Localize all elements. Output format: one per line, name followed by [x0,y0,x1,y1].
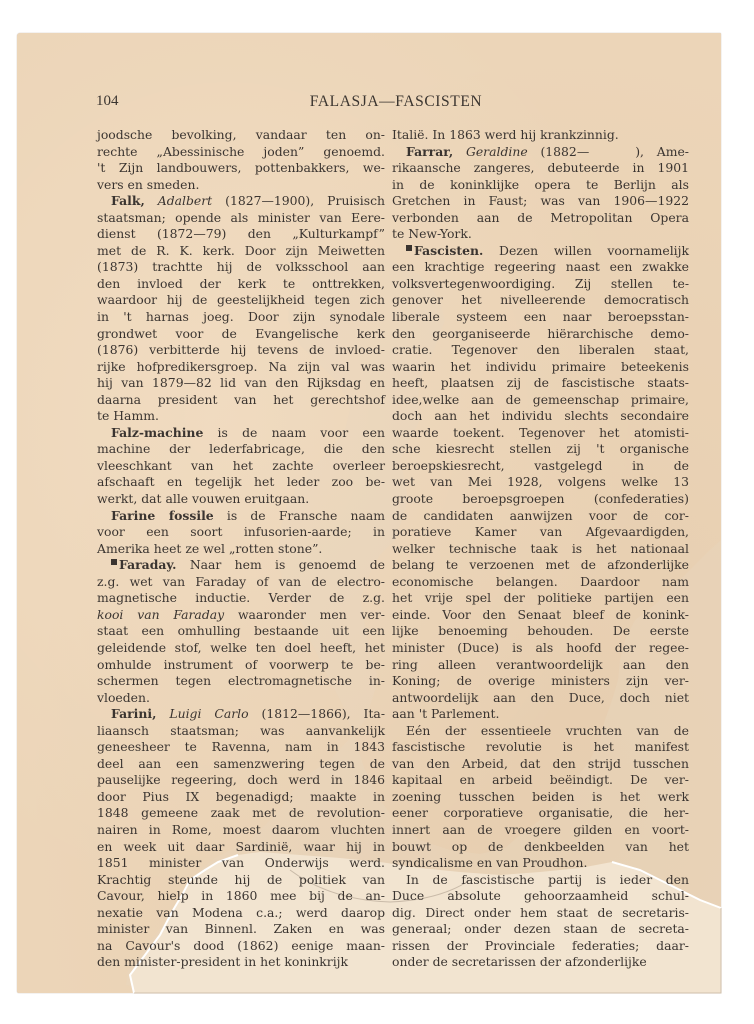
entry-first-line: Fascisten. Dezen willen voornamelijk [392,243,689,260]
text-line: 1848 gemeene zaak met de revolution- [97,805,385,822]
paragraph: In de fascistische partij is ieder denDu… [392,872,689,971]
entry-given-name: Adalbert [158,193,212,208]
text-line: beroepskiesrecht, vastgelegd in de [392,458,689,475]
dictionary-entry: Farine fossile is de Fransche naamvoor e… [97,508,385,558]
text-line: door Pius IX begenadigd; maakte in [97,789,385,806]
text-line: Cavour, hielp in 1860 mee bij de an- [97,888,385,905]
text-line: pauselijke regeering, doch werd in 1846 [97,772,385,789]
text-line: Krachtig steunde hij de politiek van [97,872,385,889]
text-line: staatsman; opende als minister van Eere- [97,210,385,227]
text-line: minister (Duce) is als hoofd der regee- [392,640,689,657]
entry-headword: Farine fossile [111,508,214,523]
text-line: schermen tegen electromagnetische in- [97,673,385,690]
dictionary-entry: Falz-machine is de naam voor eenmachine … [97,425,385,508]
entry-headword: Fascisten. [414,243,483,258]
text-line: innert aan de vroegere gilden en voort- [392,822,689,839]
text-line: staat een omhulling bestaande uit een [97,623,385,640]
entry-headword: Farini, [111,706,156,721]
entry-first-line: Falz-machine is de naam voor een [97,425,385,442]
text-line: doch aan het individu slechts secondaire [392,408,689,425]
entry-given-name: Geraldine [466,144,528,159]
text-line: magnetische inductie. Verder de z.g. [97,590,385,607]
text-line: fascistische revolutie is het manifest [392,739,689,756]
italic-term: kooi van Faraday [97,607,224,622]
text-line: heeft, plaatsen zij de fascistische staa… [392,375,689,392]
text-line: (1873) trachtte hij de volksschool aan [97,259,385,276]
text-line: aan 't Parlement. [392,706,689,723]
text-line: kooi van Faraday waaronder men ver- [97,607,385,624]
text-line: en week uit daar Sardinië, waar hij in [97,839,385,856]
text-line: een krachtige regeering naast een zwakke [392,259,689,276]
text-line: genover het nivelleerende democratisch [392,292,689,309]
dictionary-entry: Faraday. Naar hem is genoemd dez.g. wet … [97,557,385,706]
page-header: 104 FALASJA—FASCISTEN [96,93,696,115]
text-line: liaansch staatsman; was aanvankelijk [97,723,385,740]
text-line: werkt, dat alle vouwen eruitgaan. [97,491,385,508]
entry-marker-icon [111,559,117,565]
text-line: den invloed der kerk te onttrekken, [97,276,385,293]
text-line: nairen in Rome, moest daarom vluchten [97,822,385,839]
text-line: omhulde instrument of voorwerp te be- [97,657,385,674]
text-line: economische belangen. Daardoor nam [392,574,689,591]
text-line: (1876) verbitterde hij tevens de invloed… [97,342,385,359]
text-line: z.g. wet van Faraday of van de electro- [97,574,385,591]
text-line: Italië. In 1863 werd hij krankzinnig. [392,127,689,144]
text-line: rechte „Abessinische joden” genoemd. [97,144,385,161]
text-line: hij van 1879—82 lid van den Rijksdag en [97,375,385,392]
entry-marker-icon [406,245,412,251]
text-line: de candidaten aanwijzen voor de cor- [392,508,689,525]
text-line: vloeden. [97,690,385,707]
text-line: ring alleen verantwoordelijk aan den [392,657,689,674]
text-line: Amerika heet ze wel „rotten stone”. [97,541,385,558]
running-head: FALASJA—FASCISTEN [96,93,696,111]
text-line: deel aan een samenzwering tegen de [97,756,385,773]
entry-headword: Faraday. [119,557,177,572]
text-line: na Cavour's dood (1862) eenige maan- [97,938,385,955]
text-line: sche kiesrecht stellen zij 't organische [392,441,689,458]
text-line: grondwet voor de Evangelische kerk [97,326,385,343]
text-line: kapitaal en arbeid beëindigt. De ver- [392,772,689,789]
entry-first-line: Farrar, Geraldine (1882—), Ame- [392,144,689,161]
text-line: machine der lederfabricage, die den [97,441,385,458]
dictionary-entry: Falk, Adalbert (1827—1900), Pruisischsta… [97,193,385,425]
text-line: rissen der Provinciale federaties; daar- [392,938,689,955]
text-line: waarde toekent. Tegenover het atomisti- [392,425,689,442]
right-column: Italië. In 1863 werd hij krankzinnig.Far… [392,127,689,971]
text-line: met de R. K. kerk. Door zijn Meiwetten [97,243,385,260]
text-line: bouwt op de denkbeelden van het [392,839,689,856]
text-line: den georganiseerde hiërarchische demo- [392,326,689,343]
entry-headword: Farrar, [406,144,453,159]
text-line: het vrije spel der politieke partijen ee… [392,590,689,607]
text-line: dienst (1872—79) den „Kulturkampf” [97,226,385,243]
left-column: joodsche bevolking, vandaar ten on-recht… [97,127,385,971]
text-line: waardoor hij de geestelijkheid tegen zic… [97,292,385,309]
text-line: In de fascistische partij is ieder den [392,872,689,889]
text-line: belang te verzoenen met de afzonderlijke [392,557,689,574]
text-line: 't Zijn landbouwers, pottenbakkers, we- [97,160,385,177]
text-line: nexatie van Modena c.a.; werd daarop [97,905,385,922]
entry-first-line: Falk, Adalbert (1827—1900), Pruisisch [97,193,385,210]
text-line: vers en smeden. [97,177,385,194]
text-line: einde. Voor den Senaat bleef de konink- [392,607,689,624]
text-line: generaal; onder dezen staan de secreta- [392,921,689,938]
entry-given-name: Luigi Carlo [169,706,248,721]
paragraph: Italië. In 1863 werd hij krankzinnig. [392,127,689,144]
text-line: zoening tusschen beiden is het werk [392,789,689,806]
entry-first-line: Farini, Luigi Carlo (1812—1866), Ita- [97,706,385,723]
entry-headword: Falz-machine [111,425,203,440]
text-line: te Hamm. [97,408,385,425]
text-line: Eén der essentieele vruchten van de [392,723,689,740]
text-line: dig. Direct onder hem staat de secretari… [392,905,689,922]
text-line: 1851 minister van Onderwijs werd. [97,855,385,872]
dictionary-entry: Fascisten. Dezen willen voornamelijkeen … [392,243,689,723]
text-line: Gretchen in Faust; was van 1906—1922 [392,193,689,210]
text-line: waarin het individu primaire beteekenis [392,359,689,376]
text-line: Duce absolute gehoorzaamheid schul- [392,888,689,905]
text-line: onder de secretarissen der afzonderlijke [392,954,689,971]
text-line: liberale systeem een naar beroepsstan- [392,309,689,326]
text-line: geneesheer te Ravenna, nam in 1843 [97,739,385,756]
paragraph: joodsche bevolking, vandaar ten on-recht… [97,127,385,193]
text-line: eener corporatieve organisatie, die her- [392,805,689,822]
text-line: in de koninklijke opera te Berlijn als [392,177,689,194]
text-line: idee,welke aan de gemeenschap primaire, [392,392,689,409]
paragraph: Eén der essentieele vruchten van defasci… [392,723,689,872]
dictionary-entry: Farrar, Geraldine (1882—), Ame-rikaansch… [392,144,689,243]
text-line: welker technische taak is het nationaal [392,541,689,558]
text-line: cratie. Tegenover den liberalen staat, [392,342,689,359]
text-line: daarna president van het gerechtshof [97,392,385,409]
text-line: den minister-president in het koninkrijk [97,954,385,971]
text-line: groote beroepsgroepen (confederaties) [392,491,689,508]
entry-first-line: Faraday. Naar hem is genoemd de [97,557,385,574]
text-line: rikaansche zangeres, debuteerde in 1901 [392,160,689,177]
text-line: voor een soort infusorien-aarde; in [97,524,385,541]
text-line: syndicalisme en van Proudhon. [392,855,689,872]
entry-first-line: Farine fossile is de Fransche naam [97,508,385,525]
text-line: in 't harnas joeg. Door zijn synodale [97,309,385,326]
text-line: rijke hofpredikersgroep. Na zijn val was [97,359,385,376]
text-line: poratieve Kamer van Afgevaardigden, [392,524,689,541]
text-line: vleeschkant van het zachte overleer [97,458,385,475]
dictionary-entry: Farini, Luigi Carlo (1812—1866), Ita-lia… [97,706,385,971]
entry-headword: Falk, [111,193,145,208]
text-line: van den Arbeid, dat den strijd tusschen [392,756,689,773]
text-line: wet van Mei 1928, volgens welke 13 [392,474,689,491]
text-line: joodsche bevolking, vandaar ten on- [97,127,385,144]
text-line: antwoordelijk aan den Duce, doch niet [392,690,689,707]
text-line: geleidende stof, welke ten doel heeft, h… [97,640,385,657]
text-line: afschaaft en tegelijk het leder zoo be- [97,474,385,491]
text-line: minister van Binnenl. Zaken en was [97,921,385,938]
text-line: volksvertegenwoordiging. Zij stellen te- [392,276,689,293]
text-line: lijke benoeming behouden. De eerste [392,623,689,640]
text-line: te New-York. [392,226,689,243]
text-line: Koning; de overige ministers zijn ver- [392,673,689,690]
text-line: verbonden aan de Metropolitan Opera [392,210,689,227]
